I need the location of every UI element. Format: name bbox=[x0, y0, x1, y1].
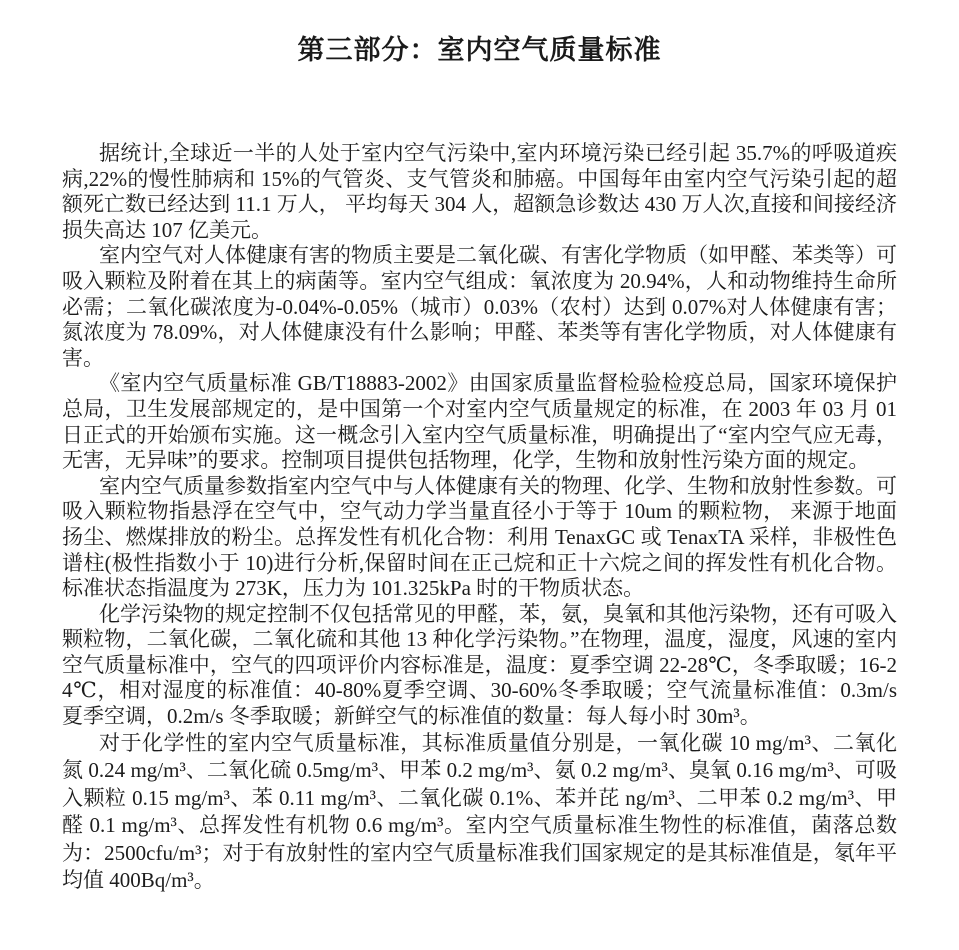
paragraph-quality-parameters: 室内空气质量参数指室内空气中与人体健康有关的物理、化学、生物和放射性参数。可吸入… bbox=[62, 474, 897, 602]
page-title: 第三部分：室内空气质量标准 bbox=[0, 28, 959, 67]
paragraph-standard-values: 对于化学性的室内空气质量标准，其标准质量值分别是，一氧化碳 10 mg/m³、二… bbox=[62, 730, 897, 895]
paragraph-statistics: 据统计,全球近一半的人处于室内空气污染中,室内环境污染已经引起 35.7%的呼吸… bbox=[62, 141, 897, 243]
paragraph-harmful-substances: 室内空气对人体健康有害的物质主要是二氧化碳、有害化学物质（如甲醛、苯类等）可吸入… bbox=[62, 243, 897, 371]
document-body: 据统计,全球近一半的人处于室内空气污染中,室内环境污染已经引起 35.7%的呼吸… bbox=[62, 141, 897, 895]
document-page: 第三部分：室内空气质量标准 据统计,全球近一半的人处于室内空气污染中,室内环境污… bbox=[0, 0, 959, 950]
paragraph-standard-gbt18883: 《室内空气质量标准 GB/T18883-2002》由国家质量监督检验检疫总局，国… bbox=[62, 371, 897, 473]
paragraph-chemical-pollutants: 化学污染物的规定控制不仅包括常见的甲醛，苯，氨，臭氧和其他污染物，还有可吸入颗粒… bbox=[62, 602, 897, 730]
